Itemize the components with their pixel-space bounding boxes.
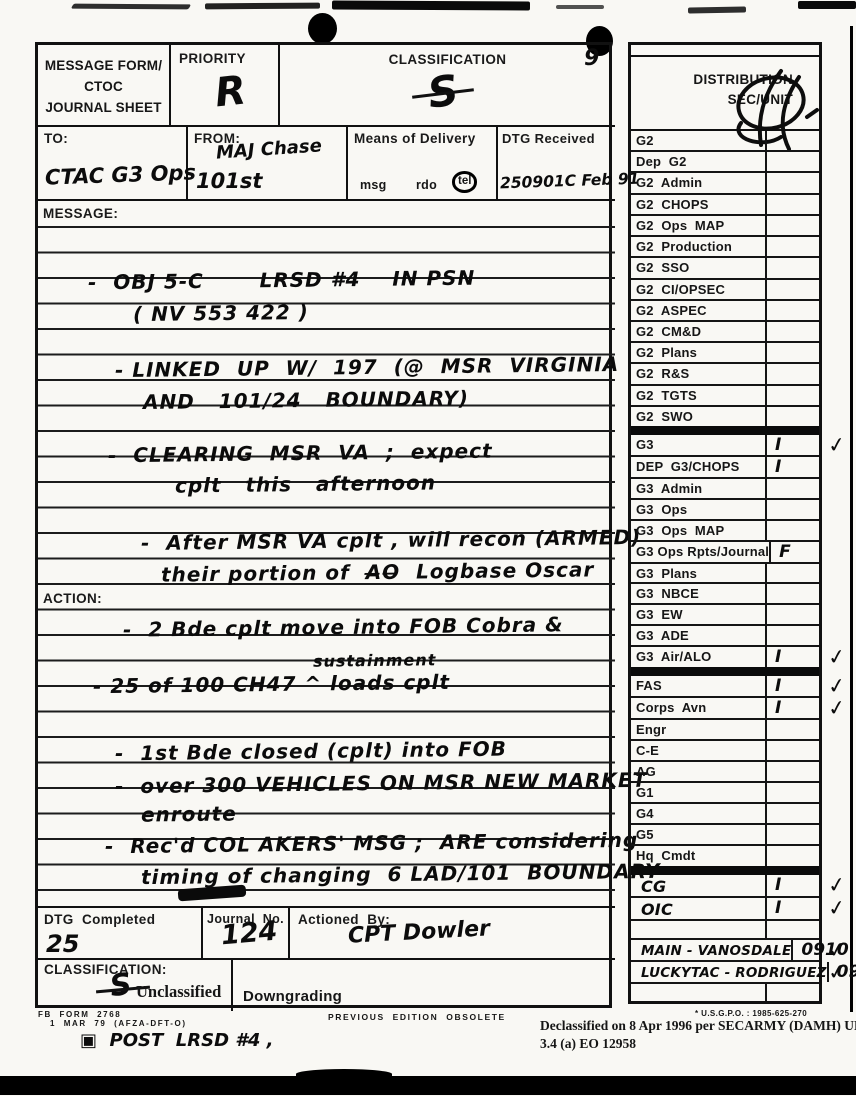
form-title-cell: MESSAGE FORM/ CTOC JOURNAL SHEET (38, 45, 171, 127)
classification-cell: CLASSIFICATION S (280, 45, 615, 127)
distribution-row: OIC I (631, 898, 819, 921)
distribution-unit (631, 984, 765, 1001)
distribution-row: G3 Plans (631, 564, 819, 585)
distribution-unit: AG (631, 762, 765, 781)
distribution-row: MAIN - VANOSDALE 0910 (631, 940, 819, 962)
distribution-unit: G3 Plans (631, 564, 765, 583)
distribution-top-strip (631, 45, 819, 57)
distribution-value-cell (765, 479, 819, 498)
unclassified-label: Unclassified (136, 982, 221, 1002)
distribution-unit (631, 921, 765, 938)
distribution-unit: G3 NBCE (631, 584, 765, 603)
gpo-print-line: * U.S.G.P.O. : 1985-625-270 (695, 1009, 807, 1018)
delivery-option-rdo: rdo (416, 178, 437, 192)
distribution-value-handwritten: I (775, 875, 781, 895)
classification-footer-label: CLASSIFICATION: (44, 962, 167, 977)
distribution-unit: G5 (631, 825, 765, 844)
distribution-row: G3 Admin (631, 479, 819, 500)
distribution-value-cell: I (765, 435, 819, 455)
distribution-value-handwritten: I (775, 698, 781, 718)
form-title: MESSAGE FORM/ CTOC JOURNAL SHEET (38, 45, 169, 119)
distribution-row: G2 CHOPS (631, 195, 819, 216)
distribution-value-cell (765, 237, 819, 256)
to-cell: TO: CTAC G3 Ops (38, 127, 188, 201)
actioned-by-cell: Actioned By: CPT Dowler (290, 908, 615, 960)
check-icon (827, 644, 848, 670)
distribution-row: AG (631, 762, 819, 783)
distribution-value-cell (765, 741, 819, 760)
distribution-header: DISTRIBUTION SEC/UNIT (631, 57, 819, 131)
distribution-unit: G2 (631, 131, 765, 150)
distribution-row: CG I (631, 875, 819, 898)
distribution-unit: Dep G2 (631, 152, 765, 171)
scan-black-bar (0, 1076, 856, 1095)
handwriting-line: - Rec'd COL AKERS' MSG ; ARE considering (105, 828, 638, 859)
classification-footer-value-handwritten: S (108, 967, 134, 1005)
scan-noise (798, 1, 856, 9)
handwriting-line: sustainment (313, 650, 437, 671)
distribution-unit: G2 CI/OPSEC (631, 280, 765, 299)
check-icon (827, 871, 848, 897)
distribution-value-cell (765, 152, 819, 171)
distribution-unit: G4 (631, 804, 765, 823)
distribution-row: G3 Ops Rpts/Journal F (631, 542, 819, 564)
handwriting-line: - 2 Bde cplt move into FOB Cobra & (123, 612, 564, 641)
distribution-value-cell (765, 762, 819, 781)
dtg-received-label: DTG Received (502, 131, 595, 146)
distribution-row: G3 EW (631, 605, 819, 626)
distribution-value-cell (765, 804, 819, 823)
scan-noise (71, 4, 191, 10)
distribution-staff-block: FAS I Corps Avn I Engr C-E (631, 676, 819, 866)
classification-label: CLASSIFICATION (280, 45, 615, 67)
distribution-value-cell (765, 846, 819, 865)
priority-cell: PRIORITY R (171, 45, 280, 127)
scan-noise (332, 0, 530, 10)
distribution-value-cell (765, 216, 819, 235)
distribution-unit: LUCKYTAC - RODRIGUEZ (631, 962, 827, 982)
check-icon (827, 432, 848, 458)
handwriting-line: - 25 of 100 CH47 ^ loads cplt (93, 670, 450, 698)
classification-footer-cell: CLASSIFICATION: S Unclassified (38, 960, 233, 1011)
distribution-row: C-E (631, 741, 819, 762)
handwriting-line: timing of changing 6 LAD/101 BOUNDARY (141, 859, 661, 889)
from-cell: FROM: MAJ Chase 101st (188, 127, 348, 201)
distribution-value-cell (765, 280, 819, 299)
distribution-unit: G3 ADE (631, 626, 765, 645)
message-form: MESSAGE FORM/ CTOC JOURNAL SHEET PRIORIT… (35, 42, 612, 1008)
distribution-row: G2 SSO (631, 258, 819, 279)
distribution-unit: G2 CHOPS (631, 195, 765, 214)
previous-edition-note: PREVIOUS EDITION OBSOLETE (328, 1012, 506, 1022)
distribution-row: G2 SWO (631, 407, 819, 426)
distribution-row (631, 921, 819, 940)
distribution-value-cell (765, 564, 819, 583)
distribution-row: G3 ADE (631, 626, 819, 647)
distribution-separator (631, 426, 819, 435)
to-value-handwritten: CTAC G3 Ops (45, 160, 197, 189)
distribution-unit: G3 EW (631, 605, 765, 624)
means-of-delivery-label: Means of Delivery (354, 131, 476, 146)
distribution-unit: CG (631, 875, 765, 896)
dtg-completed-cell: DTG Completed 25 (38, 908, 203, 960)
distribution-unit: C-E (631, 741, 765, 760)
distribution-row: Engr (631, 720, 819, 741)
scan-noise (688, 6, 746, 13)
distribution-value-cell: I (765, 875, 819, 896)
priority-value-handwritten: R (213, 68, 248, 117)
distribution-unit: FAS (631, 676, 765, 696)
distribution-value-cell (765, 343, 819, 362)
distribution-value-handwritten: I (775, 898, 781, 918)
distribution-value-cell (765, 921, 819, 938)
delivery-option-tel-circled: tel (452, 171, 477, 193)
distribution-row: Hq Cmdt (631, 846, 819, 865)
distribution-unit: Corps Avn (631, 698, 765, 718)
distribution-g3-block: G3 I DEP G3/CHOPS I G3 Admin (631, 435, 819, 667)
scan-noise (205, 3, 320, 10)
journal-no-cell: Journal No. 124 (203, 908, 290, 960)
delivery-option-msg: msg (360, 178, 387, 192)
punch-hole (308, 13, 337, 44)
distribution-handwritten-block: CG I OIC I MAIN - VANOSDALE (631, 875, 819, 1001)
distribution-header-line2: SEC/UNIT (728, 92, 793, 107)
distribution-value-cell (765, 825, 819, 844)
journal-no-value-handwritten: 124 (220, 916, 279, 952)
distribution-value-handwritten: I (775, 435, 781, 455)
distribution-value-cell (765, 584, 819, 603)
distribution-row: G4 (631, 804, 819, 825)
distribution-unit: G2 R&S (631, 364, 765, 383)
check-icon (827, 695, 848, 721)
declassified-stamp-line2: 3.4 (a) EO 12958 (540, 1036, 636, 1052)
distribution-row: G2 CI/OPSEC (631, 280, 819, 301)
distribution-value-cell (765, 258, 819, 277)
distribution-row: G2 Ops MAP (631, 216, 819, 237)
distribution-value-cell (765, 386, 819, 405)
distribution-value-cell: I (765, 898, 819, 919)
distribution-unit: G2 Ops MAP (631, 216, 765, 235)
distribution-unit: G2 CM&D (631, 322, 765, 341)
distribution-row: G2 TGTS (631, 386, 819, 407)
distribution-value-cell (765, 173, 819, 192)
distribution-unit: G2 TGTS (631, 386, 765, 405)
handwriting-line: their portion of A̶O̶ Logbase Oscar (161, 557, 595, 586)
handwriting-line: - LINKED UP W/ 197 (@ MSR VIRGINIA (115, 352, 619, 382)
distribution-row: G3 Air/ALO I (631, 647, 819, 667)
priority-label: PRIORITY (179, 51, 246, 66)
distribution-value-cell (765, 407, 819, 426)
bottom-handwritten-note: ▣ POST LRSD #4 , (80, 1030, 273, 1051)
distribution-unit: G2 SSO (631, 258, 765, 277)
message-area: MESSAGE: ACTION: - OBJ 5-C LRSD #4 IN PS… (38, 201, 615, 908)
distribution-unit: G2 Production (631, 237, 765, 256)
dtg-received-value-handwritten: 250901C Feb 91 (500, 170, 640, 193)
distribution-row (631, 984, 819, 1001)
distribution-value-cell: I (765, 457, 819, 477)
distribution-row: G1 (631, 783, 819, 804)
distribution-unit: G2 Admin (631, 173, 765, 192)
distribution-unit: G2 SWO (631, 407, 765, 426)
distribution-row: G2 (631, 131, 819, 152)
distribution-value-cell (765, 605, 819, 624)
distribution-row: G2 Plans (631, 343, 819, 364)
distribution-row: LUCKYTAC - RODRIGUEZ 0920 (631, 962, 819, 984)
distribution-unit: G3 Ops MAP (631, 521, 765, 540)
distribution-value-handwritten: I (775, 676, 781, 696)
distribution-row: G5 (631, 825, 819, 846)
distribution-separator (631, 667, 819, 676)
distribution-separator (631, 866, 819, 875)
handwriting-line: ( NV 553 422 ) (133, 300, 309, 326)
distribution-row: G3 Ops MAP (631, 521, 819, 542)
page-edge-line (850, 26, 853, 1012)
distribution-unit: G3 Admin (631, 479, 765, 498)
check-icon (827, 959, 848, 985)
distribution-value-cell: I (765, 698, 819, 718)
distribution-value-cell (765, 720, 819, 739)
distribution-unit: MAIN - VANOSDALE (631, 940, 791, 960)
distribution-value-cell: I (765, 647, 819, 667)
dtg-completed-label: DTG Completed (44, 912, 155, 927)
distribution-row: Dep G2 (631, 152, 819, 173)
form-number: FB FORM 2768 (38, 1010, 121, 1019)
distribution-g2-block: G2 Dep G2 G2 Admin G2 CHOP (631, 131, 819, 426)
dtg-received-cell: DTG Received 250901C Feb 91 (498, 127, 615, 201)
scan-noise (556, 5, 604, 9)
check-icon (827, 894, 848, 920)
distribution-row: G3 NBCE (631, 584, 819, 605)
distribution-unit: G3 Ops Rpts/Journal (631, 542, 769, 562)
handwriting-line: - over 300 VEHICLES ON MSR NEW MARKET (115, 768, 648, 799)
distribution-value-cell: F (769, 542, 819, 562)
distribution-value-handwritten: I (775, 647, 781, 667)
to-label: TO: (44, 131, 68, 146)
distribution-value-cell (765, 521, 819, 540)
distribution-row: DEP G3/CHOPS I (631, 457, 819, 479)
distribution-row: G2 ASPEC (631, 301, 819, 322)
downgrading-label: Downgrading (243, 988, 342, 1005)
form-date: 1 MAR 79 (AFZA-DFT-O) (50, 1019, 187, 1028)
distribution-header-line1: DISTRIBUTION (693, 72, 793, 87)
distribution-value-cell (765, 500, 819, 519)
handwriting-line: AND 101/24 BOUNDARY) (143, 386, 469, 414)
distribution-value-cell (765, 322, 819, 341)
distribution-value-cell: I (765, 676, 819, 696)
distribution-value-cell (765, 783, 819, 802)
dtg-completed-value-handwritten: 25 (46, 930, 79, 958)
distribution-table: DISTRIBUTION SEC/UNIT G2 (628, 42, 822, 1004)
distribution-value-cell (765, 195, 819, 214)
downgrading-cell: Downgrading (233, 960, 615, 1011)
scanned-document-page: 9 MESSAGE FORM/ CTOC JOURNAL SHEET PRIOR… (0, 0, 856, 1096)
distribution-unit: Hq Cmdt (631, 846, 765, 865)
distribution-value-cell (765, 131, 819, 150)
from-unit-handwritten: 101st (196, 169, 262, 193)
distribution-row: Corps Avn I (631, 698, 819, 720)
distribution-value-cell (765, 301, 819, 320)
handwriting-line: - After MSR VA cplt , will recon (ARMED) (141, 525, 642, 555)
distribution-unit: G2 ASPEC (631, 301, 765, 320)
distribution-row: G3 I (631, 435, 819, 457)
distribution-row: G2 Production (631, 237, 819, 258)
means-of-delivery-cell: Means of Delivery msg rdo tel (348, 127, 498, 201)
distribution-unit: G2 Plans (631, 343, 765, 362)
distribution-unit: OIC (631, 898, 765, 919)
handwritten-message: - OBJ 5-C LRSD #4 IN PSN ( NV 553 422 ) … (38, 201, 615, 906)
distribution-unit: G3 (631, 435, 765, 455)
distribution-unit: DEP G3/CHOPS (631, 457, 765, 477)
distribution-unit: G1 (631, 783, 765, 802)
distribution-unit: G3 Air/ALO (631, 647, 765, 667)
distribution-value-cell (765, 984, 819, 1001)
handwriting-line: - 1st Bde closed (cplt) into FOB (115, 737, 507, 766)
distribution-row: G2 CM&D (631, 322, 819, 343)
distribution-row: G2 Admin (631, 173, 819, 194)
handwriting-line: enroute (141, 801, 237, 826)
distribution-row: G3 Ops (631, 500, 819, 521)
handwriting-line: cplt this afternoon (175, 470, 436, 497)
distribution-row: G2 R&S (631, 364, 819, 385)
distribution-value-cell (765, 364, 819, 383)
distribution-value-cell (765, 626, 819, 645)
handwriting-line: - CLEARING MSR VA ; expect (108, 439, 493, 468)
distribution-row: FAS I (631, 676, 819, 698)
declassified-stamp-line1: Declassified on 8 Apr 1996 per SECARMY (… (540, 1018, 856, 1034)
distribution-value-handwritten: I (775, 457, 781, 477)
distribution-value-handwritten: F (779, 542, 791, 562)
distribution-unit: Engr (631, 720, 765, 739)
distribution-unit: G3 Ops (631, 500, 765, 519)
handwriting-line: - OBJ 5-C LRSD #4 IN PSN (88, 266, 476, 295)
